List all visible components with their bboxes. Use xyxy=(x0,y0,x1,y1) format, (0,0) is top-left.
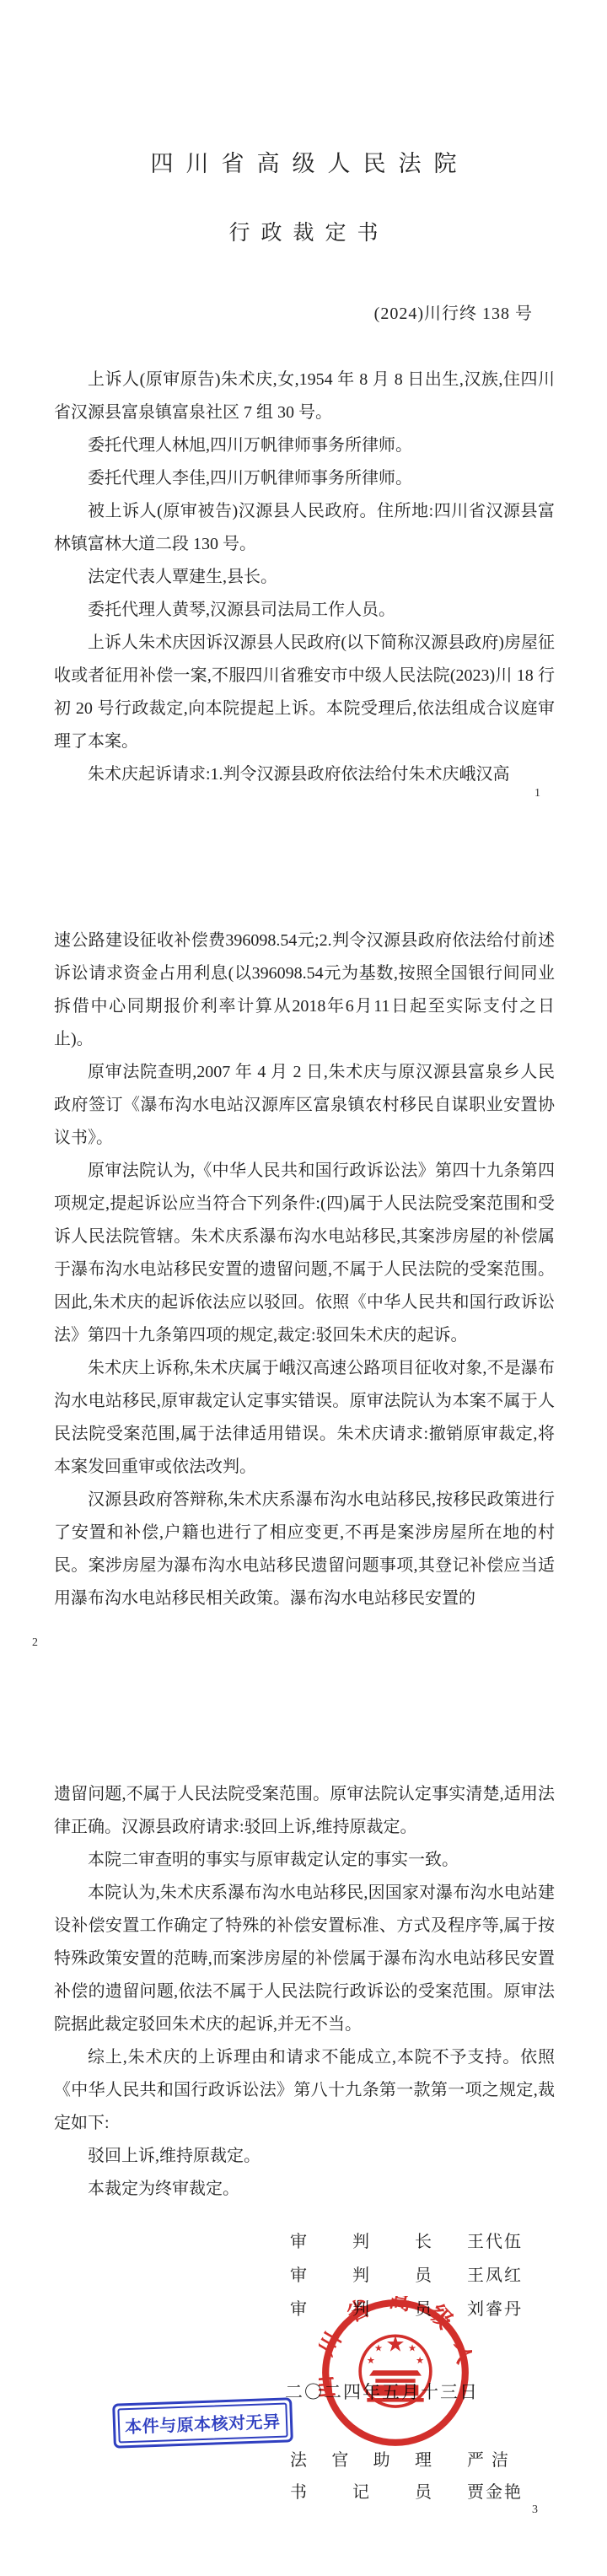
paragraph: 驳回上诉,维持原裁定。 xyxy=(54,2140,555,2173)
paragraph: 速公路建设征收补偿费396098.54元;2.判令汉源县政府依法给付前述诉讼请求… xyxy=(54,924,555,1056)
court-name-title: 四川省高级人民法院 xyxy=(0,145,607,178)
national-emblem-icon xyxy=(360,2336,431,2406)
paragraph: 本院二审查明的事实与原审裁定认定的事实一致。 xyxy=(54,1844,555,1877)
signature-name: 王凤红 xyxy=(467,2259,523,2293)
verification-stamp-text: 本件与原本核对无异 xyxy=(117,2403,287,2444)
paragraph: 原审法院查明,2007 年 4 月 2 日,朱术庆与原汉源县富泉乡人民政府签订《… xyxy=(54,1056,555,1155)
signature-row: 书记员贾金艳 xyxy=(290,2476,577,2509)
paragraph: 本裁定为终审裁定。 xyxy=(54,2173,555,2206)
paragraph: 本院认为,朱术庆系瀑布沟水电站移民,因国家对瀑布沟水电站建设补偿安置工作确定了特… xyxy=(54,1877,555,2041)
document-type-title: 行政裁定书 xyxy=(0,216,607,246)
signature-row: 审判长王代伍 xyxy=(290,2225,577,2259)
page-3-body: 遗留问题,不属于人民法院受案范围。原审法院认定事实清楚,适用法律正确。汉源县政府… xyxy=(54,1778,555,2206)
paragraph: 上诉人(原审原告)朱术庆,女,1954 年 8 月 8 日出生,汉族,住四川省汉… xyxy=(54,364,555,429)
paragraph: 法定代表人覃建生,县长。 xyxy=(54,561,555,594)
paragraph: 被上诉人(原审被告)汉源县人民政府。住所地:四川省汉源县富林镇富林大道二段 13… xyxy=(54,495,555,561)
signature-row: 审判员王凤红 xyxy=(290,2259,577,2293)
paragraph: 委托代理人李佳,四川万帆律师事务所律师。 xyxy=(54,462,555,495)
paragraph: 朱术庆起诉请求:1.判令汉源县政府依法给付朱术庆峨汉高 xyxy=(54,758,555,791)
assistants-signature-block: 法官助理严 洁书记员贾金艳 xyxy=(290,2444,577,2509)
paragraph: 综上,朱术庆的上诉理由和请求不能成立,本院不予支持。依照《中华人民共和国行政诉讼… xyxy=(54,2041,555,2140)
case-number: (2024)川行终 138 号 xyxy=(374,299,533,324)
verification-stamp: 本件与原本核对无异 xyxy=(112,2397,293,2448)
paragraph: 委托代理人林旭,四川万帆律师事务所律师。 xyxy=(54,429,555,462)
signature-name: 贾金艳 xyxy=(467,2476,523,2509)
paragraph: 朱术庆上诉称,朱术庆属于峨汉高速公路项目征收对象,不是瀑布沟水电站移民,原审裁定… xyxy=(54,1352,555,1484)
signature-name: 王代伍 xyxy=(467,2225,523,2259)
signature-role: 审判员 xyxy=(290,2259,432,2293)
signature-name: 严 洁 xyxy=(467,2444,510,2476)
paragraph: 委托代理人黄琴,汉源县司法局工作人员。 xyxy=(54,594,555,627)
page-number-1: 1 xyxy=(534,787,540,800)
paragraph: 上诉人朱术庆因诉汉源县人民政府(以下简称汉源县政府)房屋征收或者征用补偿一案,不… xyxy=(54,627,555,758)
page-1-body: 上诉人(原审原告)朱术庆,女,1954 年 8 月 8 日出生,汉族,住四川省汉… xyxy=(54,364,555,791)
paragraph: 遗留问题,不属于人民法院受案范围。原审法院认定事实清楚,适用法律正确。汉源县政府… xyxy=(54,1778,555,1844)
court-seal: 四川省高级人民法院 xyxy=(319,2296,472,2449)
page-number-2: 2 xyxy=(32,1636,38,1650)
paragraph: 汉源县政府答辩称,朱术庆系瀑布沟水电站移民,按移民政策进行了安置和补偿,户籍也进… xyxy=(54,1484,555,1615)
page-2-body: 速公路建设征收补偿费396098.54元;2.判令汉源县政府依法给付前述诉讼请求… xyxy=(54,924,555,1615)
signature-name: 刘睿丹 xyxy=(467,2293,523,2326)
signature-role: 书记员 xyxy=(290,2476,432,2509)
signature-role: 审判长 xyxy=(290,2225,432,2259)
paragraph: 原审法院认为,《中华人民共和国行政诉讼法》第四十九条第四项规定,提起诉讼应当符合… xyxy=(54,1155,555,1352)
court-ruling-document: { "document": { "court": "四川省高级人民法院", "d… xyxy=(0,0,607,2576)
